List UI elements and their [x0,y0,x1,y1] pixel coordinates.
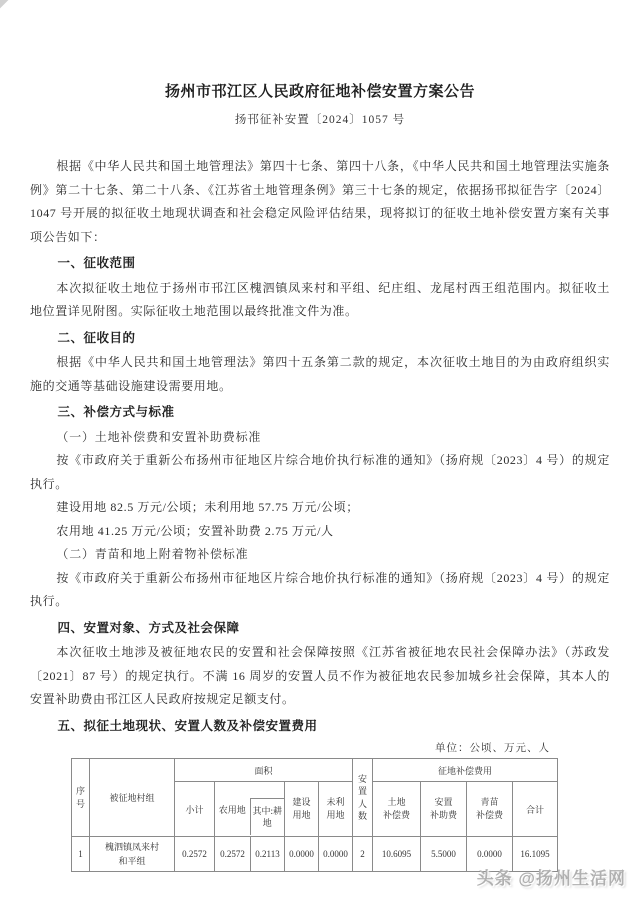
section-2-paragraph: 根据《中华人民共和国土地管理法》第四十五条第二款的规定，本次征收土地目的为由政府… [30,351,610,398]
section-3-subheading-2: （二）青苗和地上附着物补偿标准 [30,543,610,567]
table-unit-note: 单位：公顷、万元、人 [30,741,610,757]
announcement-document: 扬州市邗江区人民政府征地补偿安置方案公告 扬邗征补安置〔2024〕1057 号 … [0,0,640,872]
cell-cultivated: 0.2113 [251,837,285,872]
page-title: 扬州市邗江区人民政府征地补偿安置方案公告 [30,82,610,102]
section-heading-2: 二、征收目的 [30,327,610,351]
scan-corner-artifact [0,0,14,12]
col-header-cultivated: 其中:耕地 [250,798,285,835]
section-3-paragraph-1: 按《市政府关于重新公布扬州市征地区片综合地价执行标准的通知》（扬府规〔2023〕… [30,449,610,496]
section-1-paragraph: 本次拟征收土地位于扬州市邗江区槐泗镇凤来村和平组、纪庄组、龙尾村西王组范围内。拟… [30,277,610,324]
section-heading-3: 三、补偿方式与标准 [30,401,610,425]
section-heading-1: 一、征收范围 [30,252,610,276]
col-header-construction: 建设 用地 [285,782,319,837]
cell-unused: 0.0000 [319,837,353,872]
section-3-paragraph-2: 按《市政府关于重新公布扬州市征地区片综合地价执行标准的通知》（扬府规〔2023〕… [30,567,610,614]
section-3-rate-line-1: 建设用地 82.5 万元/公顷；未利用地 57.75 万元/公顷； [30,496,610,520]
doc-number: 扬邗征补安置〔2024〕1057 号 [30,111,610,127]
col-group-area: 面积 [175,759,353,782]
col-header-subtotal: 小计 [175,782,215,837]
col-header-land-comp: 土地 补偿费 [373,782,421,837]
cell-persons: 2 [353,837,373,872]
section-3-rate-line-2: 农用地 41.25 万元/公顷；安置补助费 2.75 万元/人 [30,520,610,544]
cell-village: 槐泗镇凤来村和平组 [90,837,175,872]
document-body: 根据《中华人民共和国土地管理法》第四十七条、第四十八条，《中华人民共和国土地管理… [30,155,610,872]
col-header-unused: 未利 用地 [319,782,353,837]
col-header-farmland-group: 农用地 其中:耕地 [215,782,285,837]
col-header-seq: 序号 [72,759,90,837]
section-4-paragraph: 本次征收土地涉及被征地农民的安置和社会保障按照《江苏省被征地农民社会保障办法》（… [30,641,610,712]
col-group-compensation: 征地补偿费用 [373,759,558,782]
section-3-subheading-1: （一）土地补偿费和安置补助费标准 [30,426,610,450]
col-header-village: 被征地村组 [90,759,175,837]
watermark-toutiao-yangzhou: 头条 @扬州生活网 [477,864,626,889]
cell-land-comp: 10.6095 [373,837,421,872]
cell-resettle-subsidy: 5.5000 [421,837,467,872]
cell-seq: 1 [72,837,90,872]
section-heading-5: 五、拟征土地现状、安置人数及补偿安置费用 [30,715,610,739]
col-header-persons: 安置人数 [353,759,373,837]
land-compensation-table: 序号 被征地村组 面积 安置人数 征地补偿费用 小计 农用地 其中:耕地 建设 … [71,758,558,872]
cell-subtotal: 0.2572 [175,837,215,872]
cell-construction: 0.0000 [285,837,319,872]
col-header-resettle-subsidy: 安置 补助费 [421,782,467,837]
col-header-farmland: 农用地 [215,783,250,835]
intro-paragraph: 根据《中华人民共和国土地管理法》第四十七条、第四十八条，《中华人民共和国土地管理… [30,155,610,249]
section-heading-4: 四、安置对象、方式及社会保障 [30,617,610,641]
col-header-seedling-comp: 青苗 补偿费 [467,782,513,837]
cell-farmland: 0.2572 [215,837,251,872]
col-header-total: 合计 [513,782,558,837]
